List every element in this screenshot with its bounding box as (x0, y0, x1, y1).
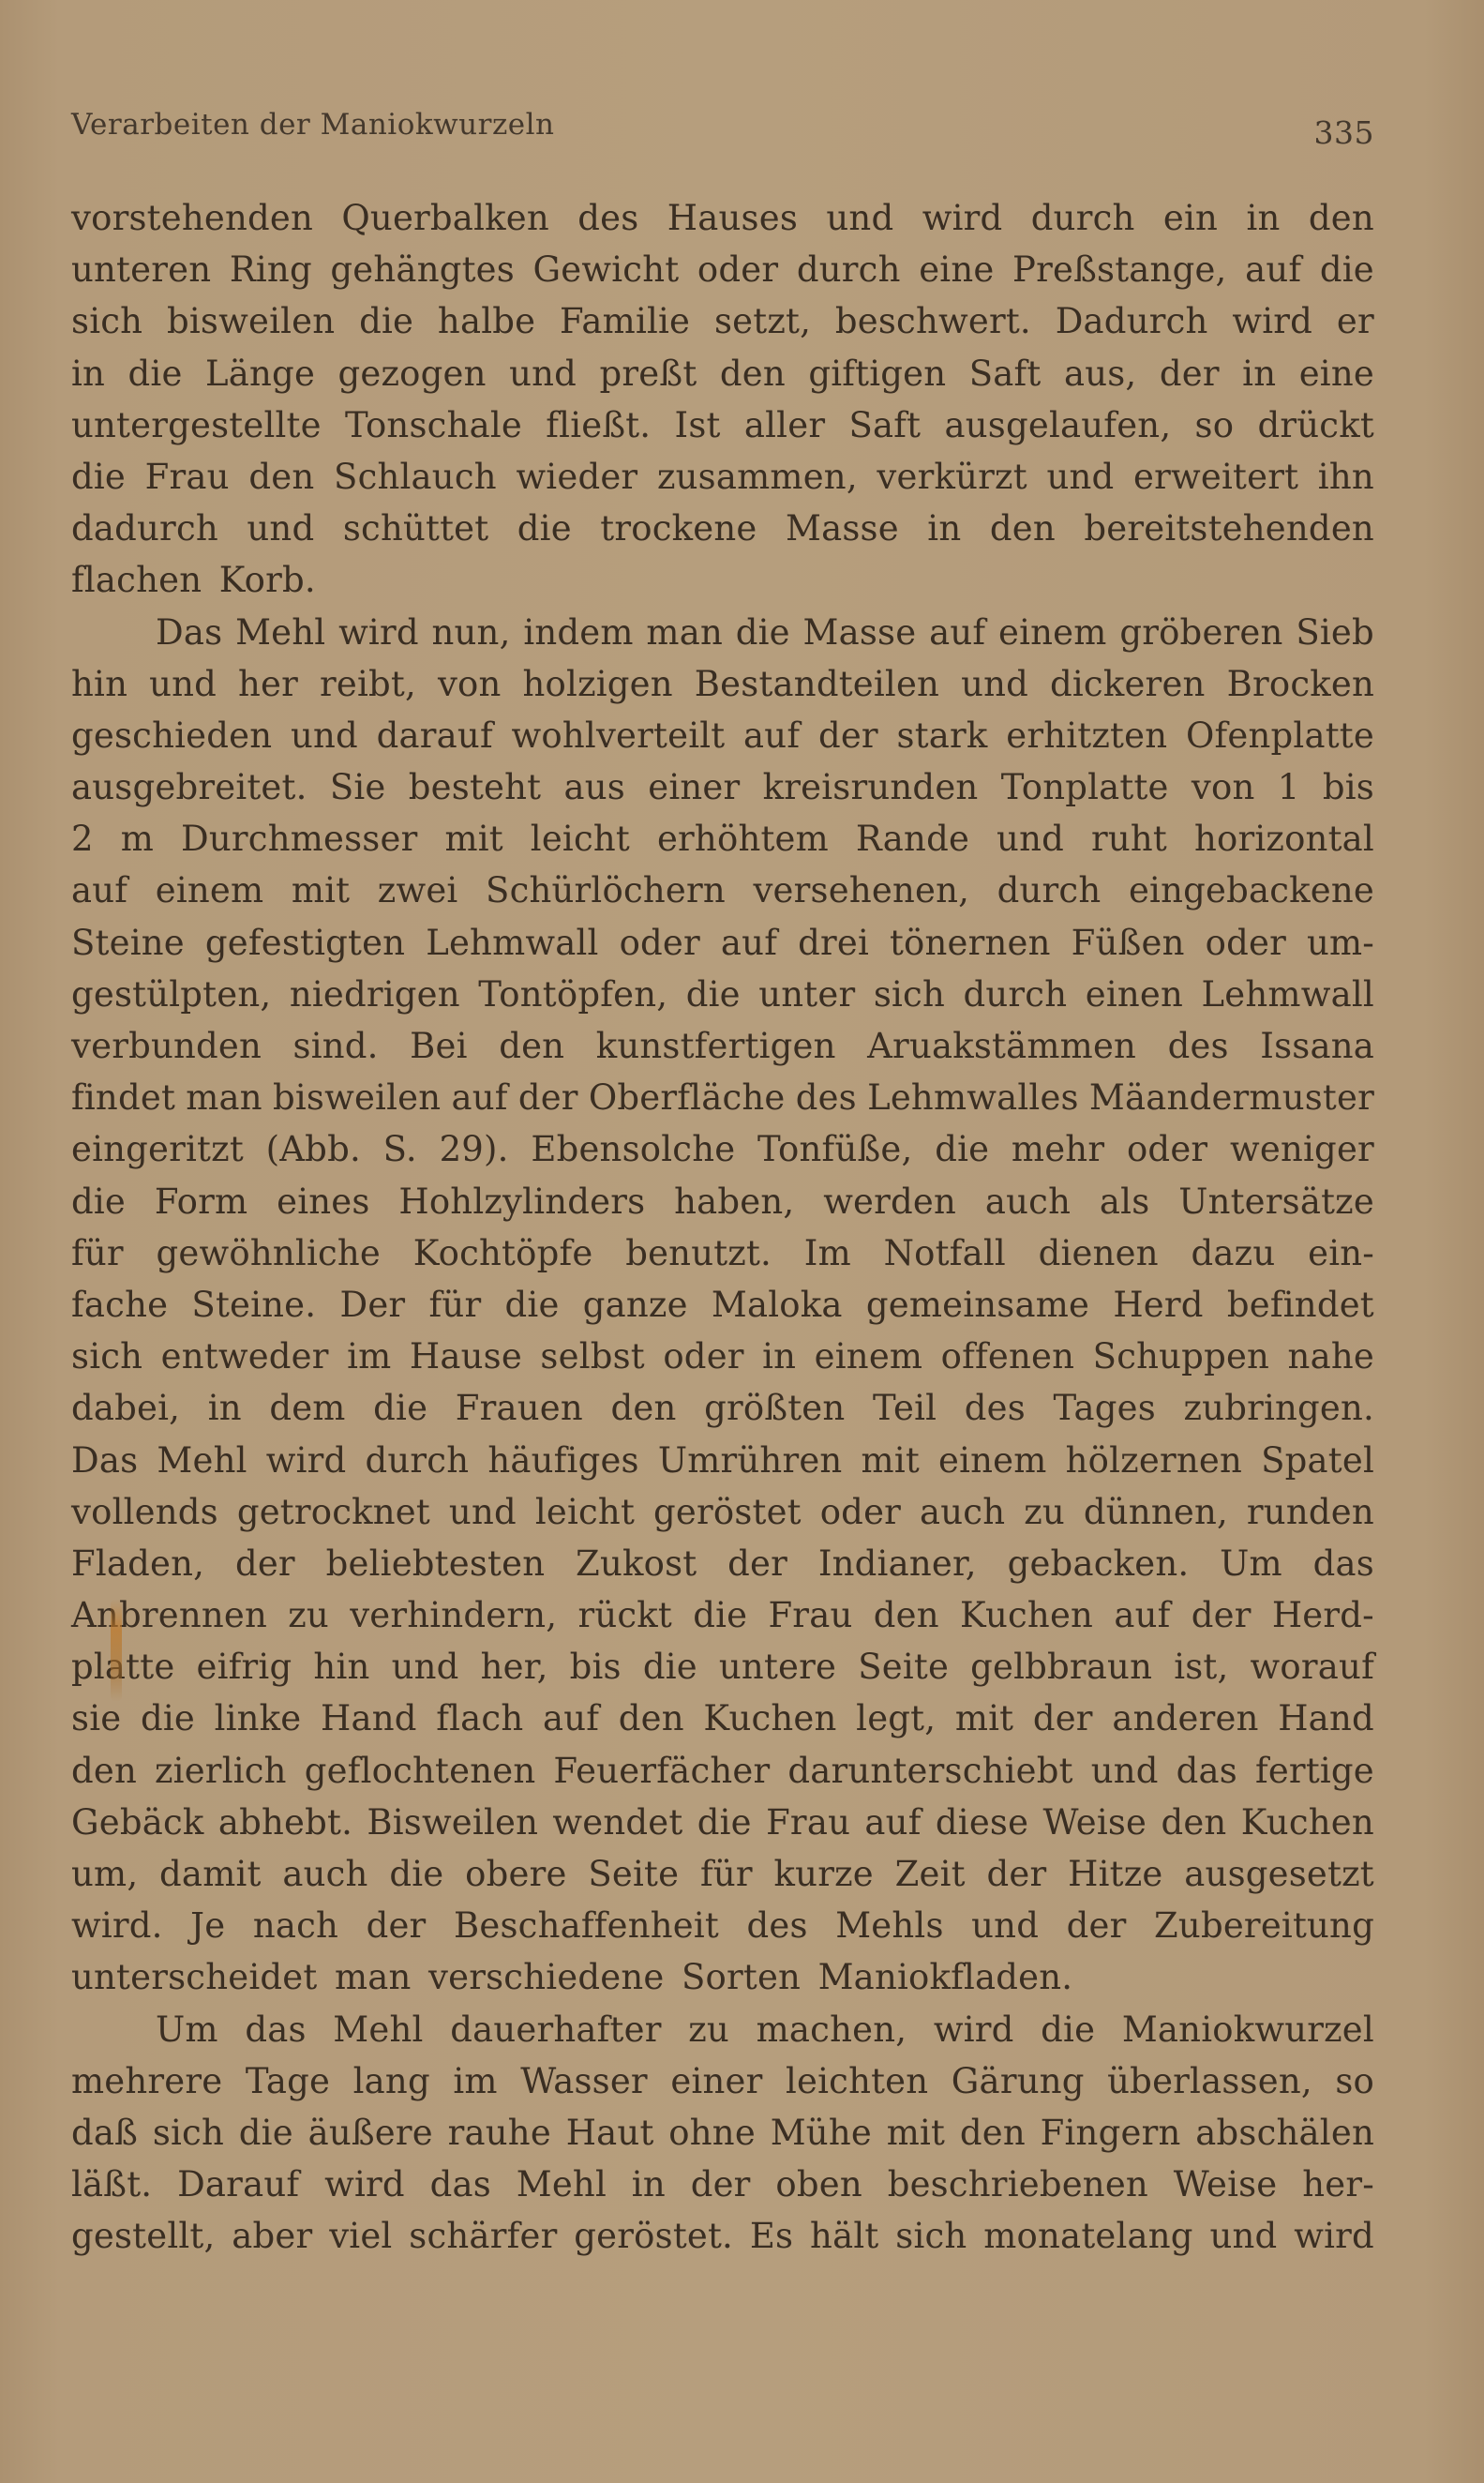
text-line: findetmanbisweilenaufderOberflächedesLeh… (71, 1072, 1374, 1123)
text-line: denzierlichgeflochtenenFeuerfächerdarunt… (71, 1745, 1374, 1797)
text-line: siedielinkeHandflachaufdenKuchenlegt,mit… (71, 1693, 1374, 1744)
text-line: sichentwederimHauseselbstoderineinemoffe… (71, 1331, 1374, 1382)
running-title: Verarbeiten der Maniokwurzeln (71, 108, 555, 142)
text-line: DasMehlwirddurchhäufigesUmrührenmiteinem… (71, 1435, 1374, 1486)
text-line: Anbrennenzuverhindern,rücktdieFraudenKuc… (71, 1589, 1374, 1641)
text-line: ausgebreitet.Siebestehtauseinerkreisrund… (71, 761, 1374, 813)
running-header: Verarbeiten der Maniokwurzeln 335 (71, 105, 1374, 142)
text-line: Gebäckabhebt.BisweilenwendetdieFrauaufdi… (71, 1797, 1374, 1848)
text-line: facheSteine.DerfürdieganzeMalokagemeinsa… (71, 1279, 1374, 1331)
text-line: hinundherreibt,vonholzigenBestandteilenu… (71, 658, 1374, 710)
text-line: dabei,indemdieFrauendengrößtenTeildesTag… (71, 1382, 1374, 1434)
text-line: 2mDurchmessermitleichterhöhtemRandeundru… (71, 813, 1374, 865)
text-line: verbundensind.BeidenkunstfertigenAruakst… (71, 1020, 1374, 1072)
text-line: geschiedenunddaraufwohlverteiltaufdersta… (71, 710, 1374, 761)
paper-stain (111, 1599, 122, 1702)
text-line: wird.JenachderBeschaffenheitdesMehlsundd… (71, 1900, 1374, 1951)
text-line: vollendsgetrocknetundleichtgeröstetodera… (71, 1486, 1374, 1538)
text-line: platteeifrighinundher,bisdieuntereSeiteg… (71, 1641, 1374, 1693)
text-line: läßt.DaraufwirddasMehlinderobenbeschrieb… (71, 2159, 1374, 2210)
text-line: unterenRinggehängtesGewichtoderdurcheine… (71, 244, 1374, 295)
text-line: dieFraudenSchlauchwiederzusammen,verkürz… (71, 451, 1374, 503)
text-line: dadurchundschüttetdietrockeneMasseindenb… (71, 503, 1374, 554)
page-number: 335 (1314, 114, 1375, 151)
text-line: dieFormeinesHohlzylindershaben,werdenauc… (71, 1176, 1374, 1227)
text-line: UmdasMehldauerhafterzumachen,wirddieMani… (71, 2004, 1374, 2055)
text-line: Fladen,derbeliebtestenZukostderIndianer,… (71, 1538, 1374, 1589)
paragraph: vorstehendenQuerbalkendesHausesundwirddu… (71, 192, 1374, 607)
text-line: gestellt,abervielschärfergeröstet.Eshält… (71, 2210, 1374, 2262)
text-line: DasMehlwirdnun,indemmandieMasseaufeinemg… (71, 607, 1374, 658)
text-line: vorstehendenQuerbalkendesHausesundwirddu… (71, 192, 1374, 244)
text-line: gestülpten,niedrigenTontöpfen,dieuntersi… (71, 969, 1374, 1020)
text-line: fürgewöhnlicheKochtöpfebenutzt.ImNotfall… (71, 1227, 1374, 1279)
paragraph: UmdasMehldauerhafterzumachen,wirddieMani… (71, 2004, 1374, 2263)
body-text: vorstehendenQuerbalkendesHausesundwirddu… (71, 192, 1374, 2263)
text-line: flachenKorb. (71, 554, 1374, 606)
text-line: aufeinemmitzweiSchürlöchernversehenen,du… (71, 865, 1374, 916)
text-line: eingeritzt(Abb.S.29).EbensolcheTonfüße,d… (71, 1123, 1374, 1175)
text-line: daßsichdieäußererauheHautohneMühemitdenF… (71, 2107, 1374, 2159)
text-line: sichbisweilendiehalbeFamiliesetzt,beschw… (71, 295, 1374, 347)
text-line: indieLängegezogenundpreßtdengiftigenSaft… (71, 348, 1374, 399)
text-line: mehrereTagelangimWassereinerleichtenGäru… (71, 2055, 1374, 2107)
paragraph: DasMehlwirdnun,indemmandieMasseaufeinemg… (71, 607, 1374, 2004)
text-line: untergestellteTonschalefließt.IstallerSa… (71, 399, 1374, 451)
text-line: um,damitauchdieobereSeitefürkurzeZeitder… (71, 1848, 1374, 1900)
text-line: SteinegefestigtenLehmwalloderaufdreitöne… (71, 917, 1374, 969)
text-line: unterscheidetmanverschiedeneSortenManiok… (71, 1951, 1374, 2003)
